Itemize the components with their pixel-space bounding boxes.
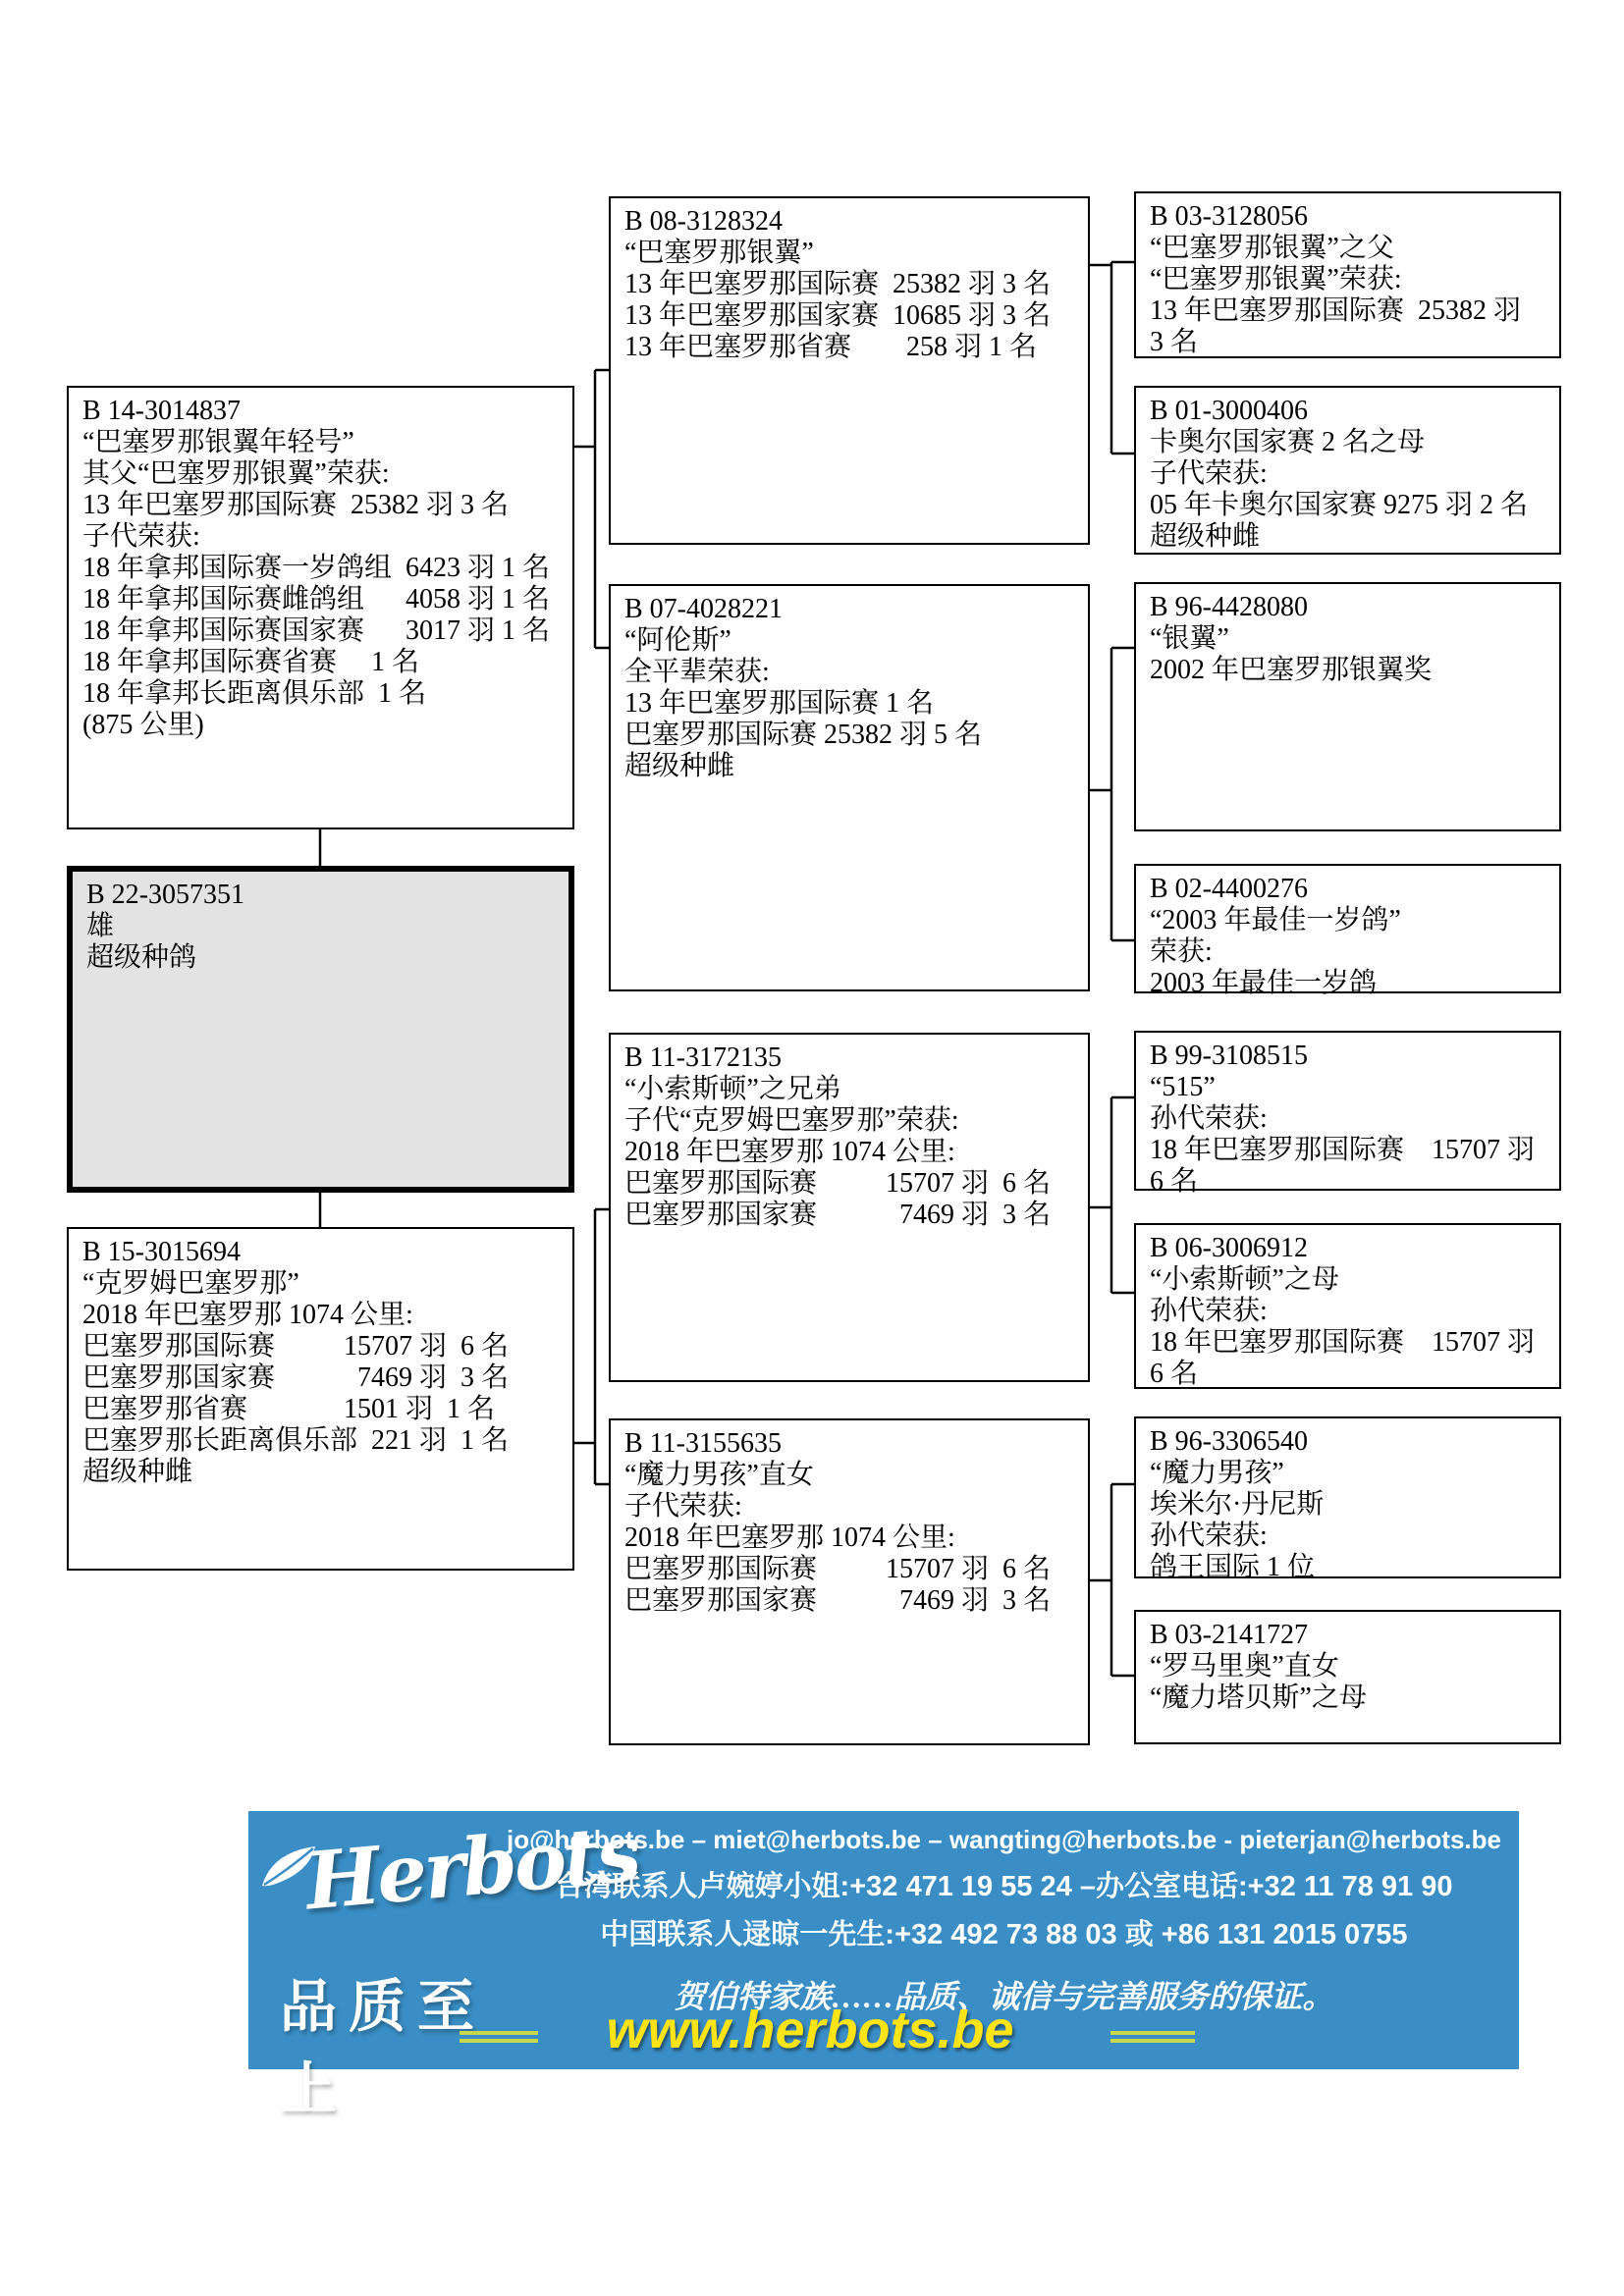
divider-line-right xyxy=(1110,2031,1195,2043)
text-line: 18 年拿邦国际赛雌鸽组 4058 羽 1 名 xyxy=(82,584,561,615)
banner-contact-taiwan: 台湾联系人卢婉婷小姐:+32 471 19 55 24 –办公室电话:+32 1… xyxy=(491,1864,1517,1904)
herbots-banner: Herbots 品质至上 jo@herbots.be – miet@herbot… xyxy=(248,1811,1519,2069)
text-line: “阿伦斯” xyxy=(624,625,1076,657)
text-line: B 96-4428080 xyxy=(1150,592,1547,623)
text-line: 6 名 xyxy=(1150,1166,1547,1198)
pedigree-box-dam-b15-3015694: B 15-3015694“克罗姆巴塞罗那”2018 年巴塞罗那 1074 公里:… xyxy=(67,1227,574,1571)
text-line: 孙代荣获: xyxy=(1150,1103,1547,1135)
text-line: 13 年巴塞罗那国际赛 1 名 xyxy=(624,688,1076,720)
text-line: 13 年巴塞罗那国际赛 25382 羽 xyxy=(1150,295,1547,327)
text-line: 鸽王国际 1 位 xyxy=(1150,1552,1547,1583)
text-line: 超级种雌 xyxy=(1150,521,1547,553)
text-line: B 07-4028221 xyxy=(624,594,1076,625)
banner-contact-block: jo@herbots.be – miet@herbots.be – wangti… xyxy=(491,1825,1517,2017)
text-line: “小索斯顿”之兄弟 xyxy=(624,1074,1076,1105)
text-line: 超级种雌 xyxy=(82,1457,561,1488)
text-line: B 03-3128056 xyxy=(1150,201,1547,233)
text-line: B 06-3006912 xyxy=(1150,1233,1547,1264)
text-line: 埃米尔·丹尼斯 xyxy=(1150,1489,1547,1521)
pedigree-box-b03-3128056: B 03-3128056“巴塞罗那银翼”之父“巴塞罗那银翼”荣获:13 年巴塞罗… xyxy=(1134,191,1561,358)
text-line: B 96-3306540 xyxy=(1150,1426,1547,1458)
text-line: B 01-3000406 xyxy=(1150,396,1547,427)
text-line: 巴塞罗那国家赛 7469 羽 3 名 xyxy=(624,1200,1076,1231)
pedigree-box-b96-4428080: B 96-4428080“银翼”2002 年巴塞罗那银翼奖 xyxy=(1134,582,1561,831)
text-line: 2018 年巴塞罗那 1074 公里: xyxy=(624,1522,1076,1554)
pedigree-box-b02-4400276: B 02-4400276“2003 年最佳一岁鸽”荣获:2003 年最佳一岁鸽 xyxy=(1134,864,1561,993)
text-line: 2003 年最佳一岁鸽 xyxy=(1150,968,1547,999)
text-line: “魔力塔贝斯”之母 xyxy=(1150,1682,1547,1714)
pedigree-box-b07-4028221: B 07-4028221“阿伦斯”全平辈荣获:13 年巴塞罗那国际赛 1 名巴塞… xyxy=(609,584,1090,991)
text-line: B 99-3108515 xyxy=(1150,1041,1547,1072)
text-line: 18 年拿邦长距离俱乐部 1 名 xyxy=(82,678,561,710)
text-line: 2002 年巴塞罗那银翼奖 xyxy=(1150,655,1547,686)
text-line: B 11-3172135 xyxy=(624,1042,1076,1074)
pedigree-box-subject-b22-3057351: B 22-3057351雄超级种鸽 xyxy=(67,866,574,1193)
pedigree-box-b03-2141727: B 03-2141727“罗马里奥”直女“魔力塔贝斯”之母 xyxy=(1134,1610,1561,1744)
text-line: 13 年巴塞罗那国际赛 25382 羽 3 名 xyxy=(624,269,1076,300)
text-line: 子代荣获: xyxy=(624,1491,1076,1522)
text-line: “巴塞罗那银翼”之父 xyxy=(1150,233,1547,264)
herbots-tagline: 品质至上 xyxy=(280,1960,514,2125)
text-line: “2003 年最佳一岁鸽” xyxy=(1150,905,1547,936)
website-link[interactable]: www.herbots.be xyxy=(579,2000,1041,2060)
text-line: 其父“巴塞罗那银翼”荣获: xyxy=(82,458,561,490)
pedigree-box-b01-3000406: B 01-3000406卡奥尔国家赛 2 名之母子代荣获:05 年卡奥尔国家赛 … xyxy=(1134,386,1561,555)
pedigree-box-b99-3108515: B 99-3108515“515”孙代荣获:18 年巴塞罗那国际赛 15707 … xyxy=(1134,1031,1561,1191)
pedigree-box-b96-3306540: B 96-3306540“魔力男孩”埃米尔·丹尼斯孙代荣获:鸽王国际 1 位 xyxy=(1134,1416,1561,1578)
text-line: (875 公里) xyxy=(82,710,561,741)
text-line: 2018 年巴塞罗那 1074 公里: xyxy=(82,1300,561,1331)
pedigree-page: B 14-3014837“巴塞罗那银翼年轻号”其父“巴塞罗那银翼”荣获:13 年… xyxy=(0,0,1624,2296)
text-line: B 15-3015694 xyxy=(82,1237,561,1268)
text-line: 巴塞罗那国际赛 15707 羽 6 名 xyxy=(624,1554,1076,1585)
text-line: B 14-3014837 xyxy=(82,396,561,427)
banner-emails: jo@herbots.be – miet@herbots.be – wangti… xyxy=(491,1825,1517,1855)
text-line: 巴塞罗那国家赛 7469 羽 3 名 xyxy=(624,1585,1076,1617)
text-line: 13 年巴塞罗那省赛 258 羽 1 名 xyxy=(624,332,1076,363)
pedigree-box-b06-3006912: B 06-3006912“小索斯顿”之母孙代荣获:18 年巴塞罗那国际赛 157… xyxy=(1134,1223,1561,1389)
text-line: 雄 xyxy=(86,911,557,942)
text-line: “银翼” xyxy=(1150,623,1547,655)
text-line: “魔力男孩”直女 xyxy=(624,1460,1076,1491)
text-line: 巴塞罗那国际赛 15707 羽 6 名 xyxy=(624,1168,1076,1200)
text-line: “515” xyxy=(1150,1072,1547,1103)
text-line: “巴塞罗那银翼” xyxy=(624,238,1076,269)
text-line: 18 年拿邦国际赛省赛 1 名 xyxy=(82,647,561,678)
text-line: 13 年巴塞罗那国际赛 25382 羽 3 名 xyxy=(82,490,561,521)
text-line: 18 年拿邦国际赛一岁鸽组 6423 羽 1 名 xyxy=(82,553,561,584)
text-line: 孙代荣获: xyxy=(1150,1296,1547,1327)
text-line: 子代荣获: xyxy=(82,521,561,553)
text-line: 18 年巴塞罗那国际赛 15707 羽 xyxy=(1150,1327,1547,1359)
pedigree-box-b11-3172135: B 11-3172135“小索斯顿”之兄弟子代“克罗姆巴塞罗那”荣获:2018 … xyxy=(609,1033,1090,1382)
text-line: B 11-3155635 xyxy=(624,1428,1076,1460)
text-line: 13 年巴塞罗那国家赛 10685 羽 3 名 xyxy=(624,300,1076,332)
text-line: 巴塞罗那长距离俱乐部 221 羽 1 名 xyxy=(82,1425,561,1457)
divider-line-left xyxy=(460,2031,538,2043)
text-line: 超级种鸽 xyxy=(86,942,557,974)
text-line: 巴塞罗那国家赛 7469 羽 3 名 xyxy=(82,1362,561,1394)
text-line: 18 年巴塞罗那国际赛 15707 羽 xyxy=(1150,1135,1547,1166)
text-line: 超级种雌 xyxy=(624,751,1076,782)
text-line: “巴塞罗那银翼年轻号” xyxy=(82,427,561,458)
text-line: 3 名 xyxy=(1150,327,1547,358)
text-line: “克罗姆巴塞罗那” xyxy=(82,1268,561,1300)
pedigree-box-b08-3128324: B 08-3128324“巴塞罗那银翼”13 年巴塞罗那国际赛 25382 羽 … xyxy=(609,196,1090,545)
text-line: 荣获: xyxy=(1150,936,1547,968)
text-line: 18 年拿邦国际赛国家赛 3017 羽 1 名 xyxy=(82,615,561,647)
text-line: “小索斯顿”之母 xyxy=(1150,1264,1547,1296)
text-line: 卡奥尔国家赛 2 名之母 xyxy=(1150,427,1547,458)
text-line: B 08-3128324 xyxy=(624,206,1076,238)
text-line: 孙代荣获: xyxy=(1150,1521,1547,1552)
text-line: 巴塞罗那国际赛 15707 羽 6 名 xyxy=(82,1331,561,1362)
text-line: 子代“克罗姆巴塞罗那”荣获: xyxy=(624,1105,1076,1137)
text-line: “魔力男孩” xyxy=(1150,1458,1547,1489)
text-line: 巴塞罗那国际赛 25382 羽 5 名 xyxy=(624,720,1076,751)
text-line: 05 年卡奥尔国家赛 9275 羽 2 名 xyxy=(1150,490,1547,521)
text-line: B 03-2141727 xyxy=(1150,1620,1547,1651)
herbots-logo: Herbots 品质至上 xyxy=(258,1815,514,2065)
text-line: 全平辈荣获: xyxy=(624,657,1076,688)
text-line: 6 名 xyxy=(1150,1359,1547,1390)
text-line: B 22-3057351 xyxy=(86,880,557,911)
banner-contact-china: 中国联系人逯晾一先生:+32 492 73 88 03 或 +86 131 20… xyxy=(491,1912,1517,1952)
text-line: 子代荣获: xyxy=(1150,458,1547,490)
pedigree-box-sire-b14-3014837: B 14-3014837“巴塞罗那银翼年轻号”其父“巴塞罗那银翼”荣获:13 年… xyxy=(67,386,574,829)
text-line: “罗马里奥”直女 xyxy=(1150,1651,1547,1682)
text-line: B 02-4400276 xyxy=(1150,874,1547,905)
pedigree-box-b11-3155635: B 11-3155635“魔力男孩”直女子代荣获:2018 年巴塞罗那 1074… xyxy=(609,1418,1090,1745)
text-line: 巴塞罗那省赛 1501 羽 1 名 xyxy=(82,1394,561,1425)
text-line: “巴塞罗那银翼”荣获: xyxy=(1150,264,1547,295)
text-line: 2018 年巴塞罗那 1074 公里: xyxy=(624,1137,1076,1168)
